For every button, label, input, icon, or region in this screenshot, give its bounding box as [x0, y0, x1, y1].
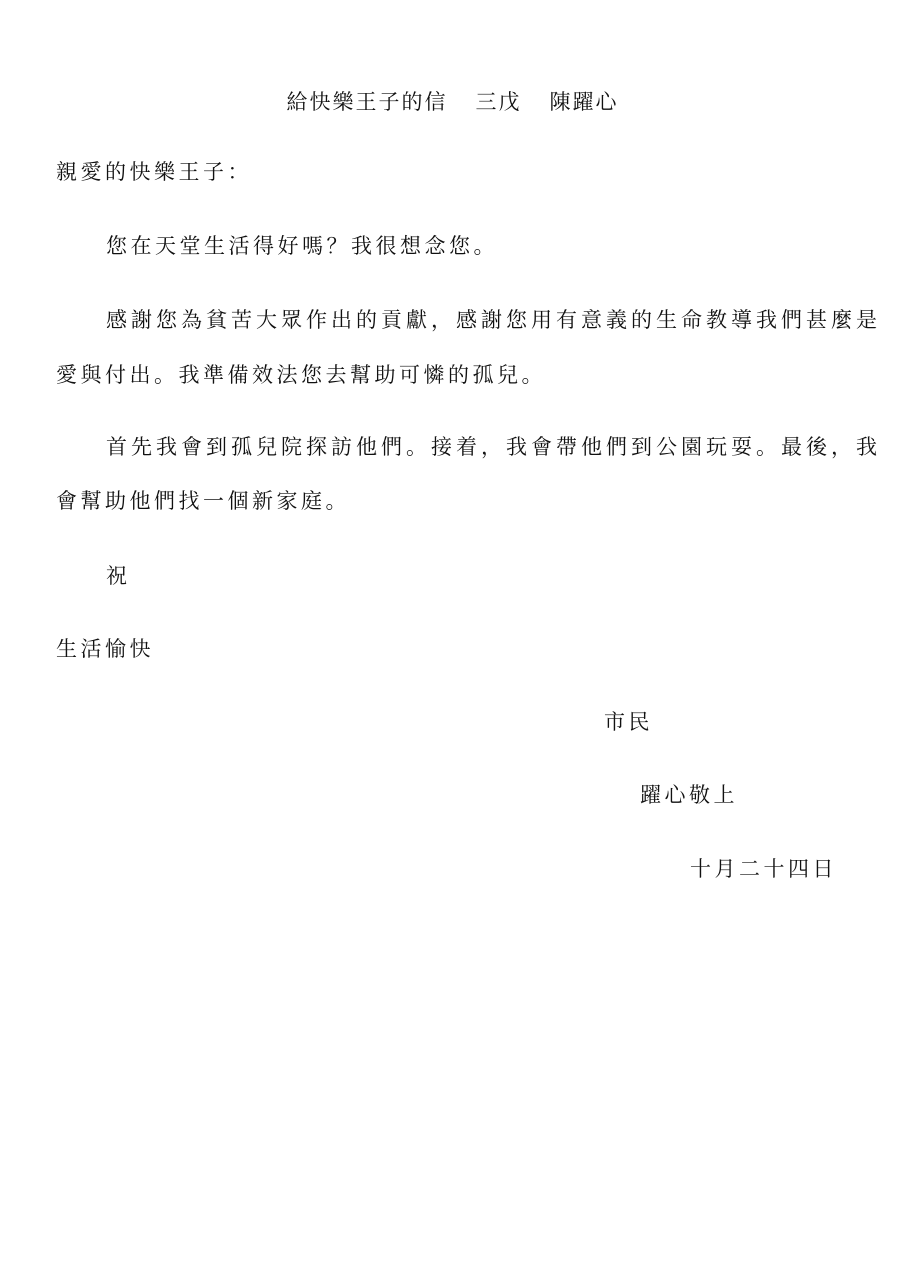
- letter-title: 給快樂王子的信三戊陳躍心: [0, 88, 905, 116]
- title-class: 三戊: [476, 88, 522, 116]
- signature-relation: 市民: [604, 708, 653, 736]
- paragraph-3-line-2: 會幫助他們找一個新家庭。: [56, 487, 350, 515]
- closing-wish: 祝: [106, 562, 131, 590]
- signature-name: 躍心敬上: [640, 781, 738, 809]
- paragraph-3-line-1: 首先我會到孤兒院探訪他們。接着，我會帶他們到公園玩耍。最後，我: [106, 433, 881, 461]
- closing-blessing: 生活愉快: [56, 635, 154, 663]
- paragraph-2-line-1: 感謝您為貧苦大眾作出的貢獻，感謝您用有意義的生命教導我們甚麼是: [106, 306, 881, 334]
- paragraph-2-line-2: 愛與付出。我準備效法您去幫助可憐的孤兒。: [56, 361, 546, 389]
- salutation: 親愛的快樂王子：: [56, 158, 252, 186]
- title-heading: 給快樂王子的信: [287, 88, 448, 116]
- title-author: 陳躍心: [550, 88, 619, 116]
- signature-date: 十月二十四日: [690, 855, 837, 883]
- letter-page: 給快樂王子的信三戊陳躍心 親愛的快樂王子： 您在天堂生活得好嗎？我很想念您。 感…: [0, 0, 905, 1280]
- paragraph-1-line-1: 您在天堂生活得好嗎？我很想念您。: [106, 232, 498, 260]
